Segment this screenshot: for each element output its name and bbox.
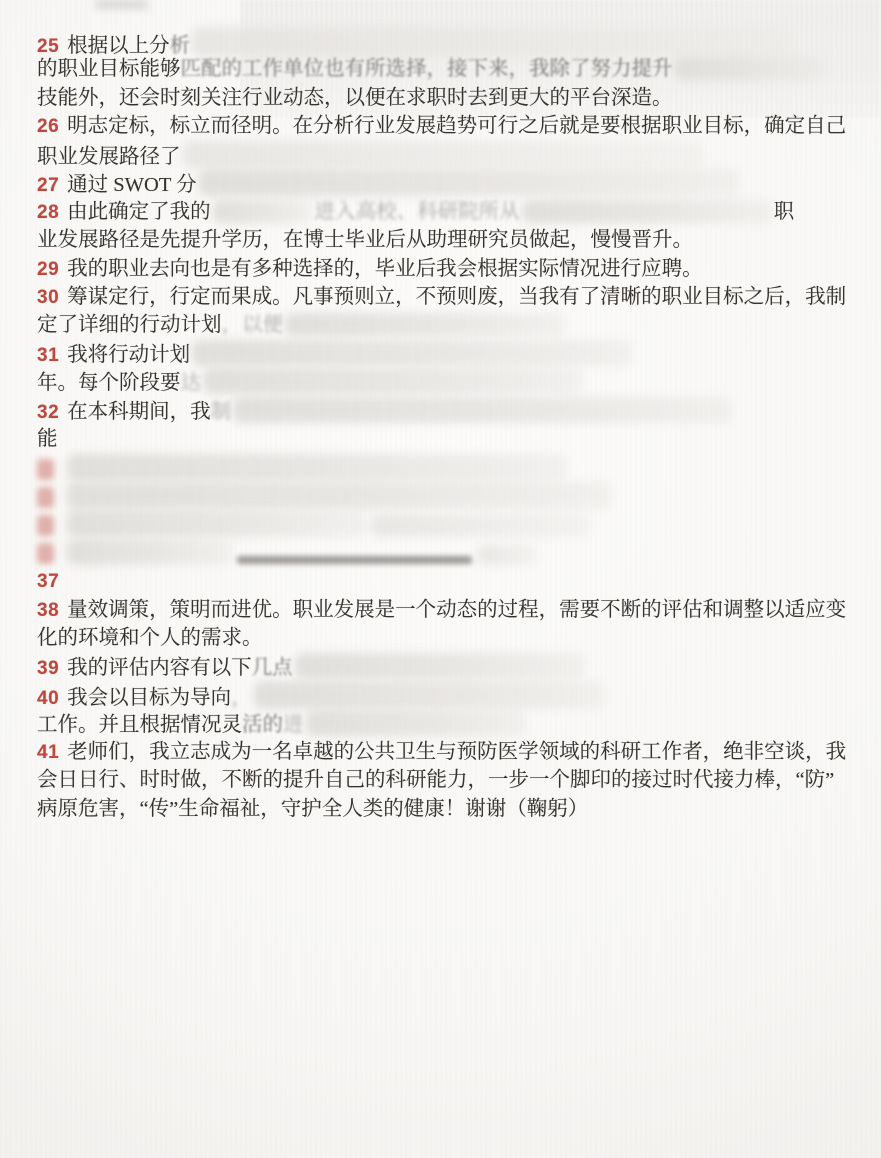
text-line bbox=[37, 454, 849, 482]
paragraph-number: 25 bbox=[37, 36, 59, 57]
text-run: 能 bbox=[37, 428, 58, 450]
document-page: 25根据以上分析的职业目标能够匹配的工作单位也有所选择，接下来，我除了努力提升技… bbox=[0, 0, 881, 1158]
faded-text-run: 达 bbox=[181, 372, 202, 394]
paragraph-number: 29 bbox=[37, 259, 59, 280]
redaction-blur bbox=[192, 340, 632, 366]
text-line: 39我的评估内容有以下几点 bbox=[37, 653, 849, 681]
text-line: 37 bbox=[37, 567, 849, 595]
redaction-blur bbox=[254, 681, 604, 709]
redaction-blur bbox=[67, 454, 567, 481]
redaction-blur bbox=[203, 368, 583, 394]
text-line bbox=[37, 510, 849, 538]
text-line: 40我会以目标为导向， bbox=[37, 681, 849, 709]
redaction-blur bbox=[192, 27, 792, 57]
text-run: 我的评估内容有以下 bbox=[67, 657, 252, 679]
text-line: 职业发展路径了 bbox=[37, 141, 849, 169]
paragraph-number: 41 bbox=[37, 742, 59, 763]
redaction-blur bbox=[477, 545, 537, 565]
paragraph-number: 40 bbox=[37, 688, 59, 709]
faded-text-run: 析 bbox=[170, 35, 191, 57]
paragraph-number: 32 bbox=[37, 402, 59, 423]
redaction-blur bbox=[306, 710, 526, 736]
faded-text-run: ，以便 bbox=[222, 314, 284, 336]
text-line: 化的环境和个人的需求。 bbox=[37, 624, 849, 652]
text-line bbox=[37, 482, 849, 510]
text-run: 老师们，我立志成为一名卓越的公共卫生与预防医学领域的科研工作者，绝非空谈，我 bbox=[67, 741, 846, 763]
text-run: 筹谋定行，行定而果成。凡事预则立，不预则废，当我有了清晰的职业目标之后，我制 bbox=[67, 286, 846, 308]
document-text-block: 25根据以上分析的职业目标能够匹配的工作单位也有所选择，接下来，我除了努力提升技… bbox=[37, 27, 849, 823]
text-line bbox=[37, 539, 849, 567]
faded-text-run: 几点 bbox=[252, 657, 293, 679]
redaction-blur bbox=[67, 510, 367, 537]
text-run: 病原危害，“传”生命福祉，守护全人类的健康！谢谢（鞠躬） bbox=[37, 798, 588, 820]
text-run: 的职业目标能够 bbox=[37, 58, 181, 80]
redaction-blur bbox=[522, 200, 772, 223]
redaction-blur bbox=[285, 313, 565, 336]
faded-text-run: 匹配的工作单位也有所选择，接下来，我除了努力提升 bbox=[181, 58, 673, 80]
paragraph-number: 38 bbox=[37, 600, 59, 621]
redaction-blur bbox=[199, 169, 739, 196]
text-line: 病原危害，“传”生命福祉，守护全人类的健康！谢谢（鞠躬） bbox=[37, 795, 849, 823]
text-run: 技能外，还会时刻关注行业动态，以便在求职时去到更大的平台深造。 bbox=[37, 87, 673, 109]
redaction-blur bbox=[67, 482, 612, 509]
text-run: 我的职业去向也是有多种选择的，毕业后我会根据实际情况进行应聘。 bbox=[67, 258, 703, 280]
blurred-paragraph-number bbox=[37, 459, 54, 480]
top-edge-smudge bbox=[96, 0, 148, 9]
faded-text-run: ， bbox=[231, 687, 252, 709]
redaction-blur bbox=[295, 653, 585, 679]
text-run: 明志定标，标立而径明。在分析行业发展趋势可行之后就是要根据职业目标，确定自己 bbox=[67, 115, 846, 137]
text-line: 年。每个阶段要达 bbox=[37, 368, 849, 396]
redaction-blur bbox=[675, 57, 825, 80]
paragraph-number: 28 bbox=[37, 202, 59, 223]
text-run: 通过 SWOT 分 bbox=[67, 174, 196, 196]
text-run: 职 bbox=[774, 201, 795, 223]
redaction-blur bbox=[67, 539, 232, 565]
text-run: 根据以上分 bbox=[67, 35, 170, 57]
text-run: 会日日行、时时做，不断的提升自己的科研能力，一步一个脚印的接过时代接力棒，“防” bbox=[37, 769, 834, 791]
text-line: 29我的职业去向也是有多种选择的，毕业后我会根据实际情况进行应聘。 bbox=[37, 255, 849, 283]
redaction-blur bbox=[213, 200, 313, 223]
faded-text-run: 进 bbox=[283, 714, 304, 736]
text-run: 量效调策，策明而进优。职业发展是一个动态的过程，需要不断的评估和调整以适应变 bbox=[67, 599, 846, 621]
text-line: 技能外，还会时刻关注行业动态，以便在求职时去到更大的平台深造。 bbox=[37, 84, 849, 112]
text-line: 能 bbox=[37, 425, 849, 453]
text-run: 年。每个阶段要 bbox=[37, 372, 181, 394]
text-line: 业发展路径是先提升学历，在博士毕业后从助理研究员做起，慢慢晋升。 bbox=[37, 226, 849, 254]
paragraph-number: 37 bbox=[37, 571, 59, 592]
text-line: 27通过 SWOT 分 bbox=[37, 169, 849, 197]
redaction-blur bbox=[233, 397, 733, 423]
text-line: 41老师们，我立志成为一名卓越的公共卫生与预防医学领域的科研工作者，绝非空谈，我 bbox=[37, 738, 849, 766]
text-run: 职业发展路径了 bbox=[37, 146, 181, 168]
text-line: 的职业目标能够匹配的工作单位也有所选择，接下来，我除了努力提升 bbox=[37, 55, 849, 83]
text-line: 定了详细的行动计划，以便 bbox=[37, 311, 849, 339]
text-line: 32在本科期间，我制 bbox=[37, 397, 849, 425]
text-run: 在本科期间，我 bbox=[67, 401, 211, 423]
text-line: 30筹谋定行，行定而果成。凡事预则立，不预则废，当我有了清晰的职业目标之后，我制 bbox=[37, 283, 849, 311]
blurred-text-smudge bbox=[237, 556, 472, 564]
text-line: 25根据以上分析 bbox=[37, 27, 849, 55]
text-line: 工作。并且根据情况灵活的进 bbox=[37, 710, 849, 738]
paragraph-number: 39 bbox=[37, 658, 59, 679]
text-run: 化的环境和个人的需求。 bbox=[37, 627, 263, 649]
faded-text-run: 活的 bbox=[242, 714, 283, 736]
text-line: 38量效调策，策明而进优。职业发展是一个动态的过程，需要不断的评估和调整以适应变 bbox=[37, 596, 849, 624]
paragraph-number: 26 bbox=[37, 116, 59, 137]
redaction-blur bbox=[183, 141, 703, 168]
faded-text-run: 制 bbox=[211, 401, 232, 423]
text-run: 我会以目标为导向 bbox=[67, 687, 231, 709]
text-run: 定了详细的行动计划 bbox=[37, 314, 222, 336]
blurred-paragraph-number bbox=[37, 543, 54, 564]
redaction-blur bbox=[371, 514, 591, 537]
paragraph-number: 31 bbox=[37, 345, 59, 366]
text-run: 我将行动计划 bbox=[67, 344, 190, 366]
text-line: 26明志定标，标立而径明。在分析行业发展趋势可行之后就是要根据职业目标，确定自己 bbox=[37, 112, 849, 140]
text-run: 由此确定了我的 bbox=[67, 201, 211, 223]
faded-text-run: 进入高校、科研院所从 bbox=[315, 201, 520, 223]
text-run: 业发展路径是先提升学历，在博士毕业后从助理研究员做起，慢慢晋升。 bbox=[37, 229, 693, 251]
text-line: 28由此确定了我的进入高校、科研院所从职 bbox=[37, 198, 849, 226]
text-run: 工作。并且根据情况灵 bbox=[37, 714, 242, 736]
paragraph-number: 30 bbox=[37, 287, 59, 308]
text-line: 31我将行动计划 bbox=[37, 340, 849, 368]
text-line: 会日日行、时时做，不断的提升自己的科研能力，一步一个脚印的接过时代接力棒，“防” bbox=[37, 766, 849, 794]
blurred-paragraph-number bbox=[37, 487, 54, 508]
paragraph-number: 27 bbox=[37, 175, 59, 196]
blurred-paragraph-number bbox=[37, 515, 54, 536]
